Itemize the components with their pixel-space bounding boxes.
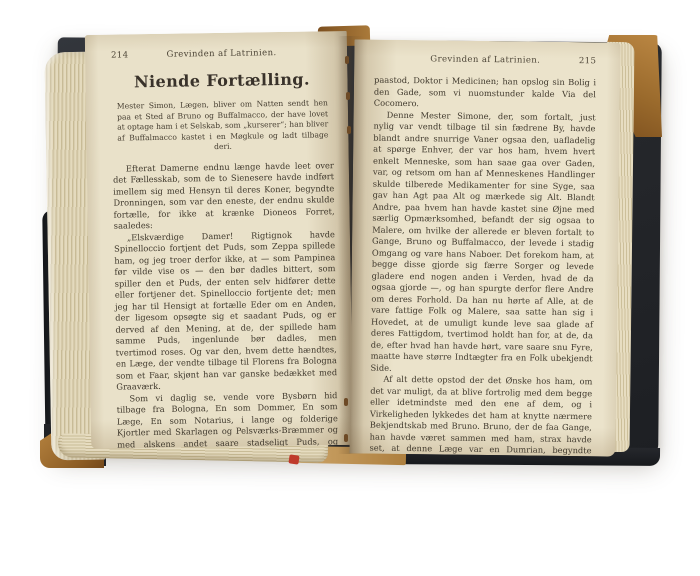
- left-paragraph-2: „Elskværdige Damer! Rigtignok havde Spin…: [114, 229, 338, 393]
- open-book: 214 Grevinden af Latrinien. Niende Fortæ…: [0, 0, 700, 576]
- binding-stitch: [344, 398, 348, 406]
- left-running-header: Grevinden af Latrinien.: [147, 48, 296, 60]
- right-page-header: Grevinden af Latrinien. 215: [374, 54, 596, 67]
- right-running-header: Grevinden af Latrinien.: [410, 54, 560, 66]
- left-paragraph-3: Som vi daglig se, vende vore Bysbørn hid…: [116, 390, 339, 449]
- right-page: Grevinden af Latrinien. 215 paastod, Dok…: [349, 39, 620, 456]
- left-page: 214 Grevinden af Latrinien. Niende Fortæ…: [85, 31, 353, 449]
- story-summary: Mester Simon, Lægen, bliver om Natten se…: [117, 98, 329, 154]
- right-paragraph-1: paastod, Doktor i Medicinen; han opslog …: [374, 75, 596, 112]
- left-header-spacer: [296, 54, 332, 55]
- story-title: Niende Fortælling.: [111, 69, 332, 91]
- binding-stitch: [347, 126, 351, 134]
- red-paint-mark: [288, 454, 299, 464]
- left-paragraph-1: Efterat Damerne endnu længe havde leet o…: [113, 160, 335, 232]
- binding-stitch: [345, 56, 349, 64]
- photo-background: 214 Grevinden af Latrinien. Niende Fortæ…: [0, 0, 700, 576]
- binding-stitch: [346, 92, 350, 100]
- left-page-number: 214: [111, 50, 147, 61]
- right-page-number: 215: [560, 56, 596, 66]
- right-paragraph-2: Denne Mester Simone, der, som fortalt, j…: [370, 109, 595, 376]
- binding-stitch: [344, 434, 348, 442]
- right-paragraph-3: Af alt dette opstod der det Ønske hos ha…: [369, 374, 593, 457]
- left-page-header: 214 Grevinden af Latrinien.: [111, 47, 332, 60]
